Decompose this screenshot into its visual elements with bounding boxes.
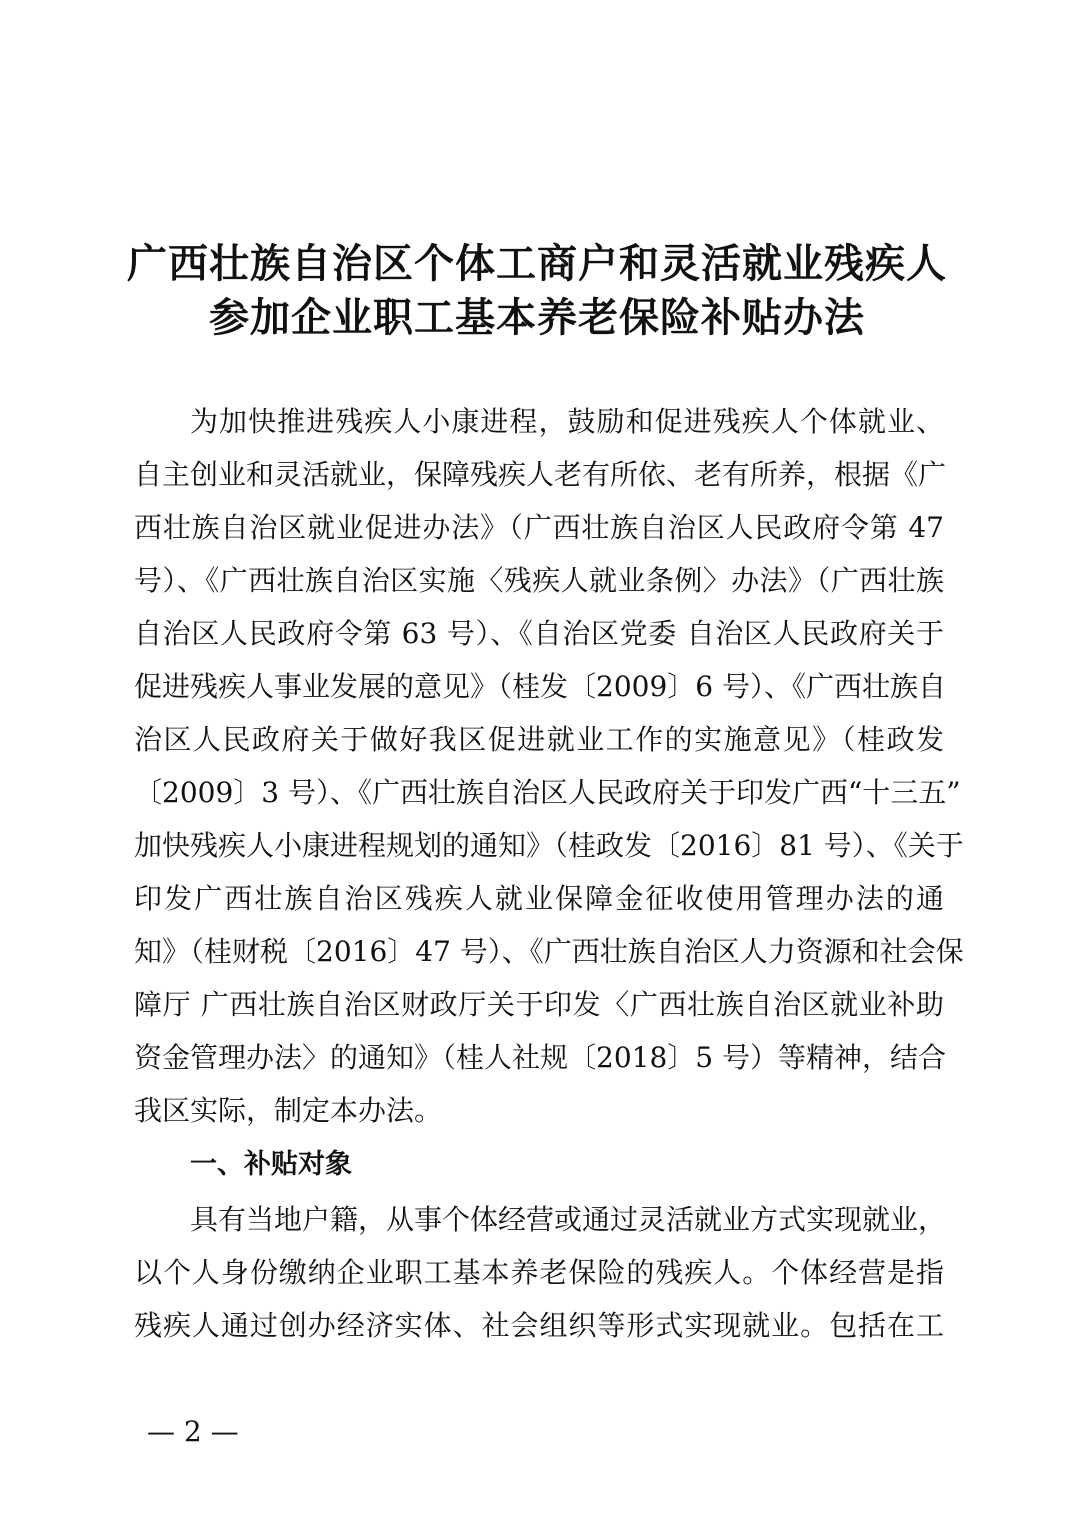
section-line: 具有当地户籍，从事个体经营或通过灵活就业方式实现就业， bbox=[190, 1200, 944, 1240]
preamble-line: 为加快推进残疾人小康进程，鼓励和促进残疾人个体就业、 bbox=[190, 402, 944, 442]
preamble-line: 障厅 广西壮族自治区财政厅关于印发〈广西壮族自治区就业补助 bbox=[134, 985, 944, 1025]
preamble-line: 知》（桂财税〔2016〕47 号）、《广西壮族自治区人力资源和社会保 bbox=[134, 932, 944, 972]
section-heading: 一、补贴对象 bbox=[190, 1145, 352, 1185]
preamble-line: 加快残疾人小康进程规划的通知》（桂政发〔2016〕81 号）、《关于 bbox=[134, 826, 944, 866]
preamble-line: 自主创业和灵活就业，保障残疾人老有所依、老有所养，根据《广 bbox=[134, 455, 944, 495]
document-title-line-1: 广西壮族自治区个体工商户和灵活就业残疾人 bbox=[0, 232, 1074, 289]
preamble-line: 治区人民政府关于做好我区促进就业工作的实施意见》（桂政发 bbox=[134, 720, 944, 760]
preamble-line: 我区实际，制定本办法。 bbox=[134, 1091, 944, 1131]
section-line: 以个人身份缴纳企业职工基本养老保险的残疾人。个体经营是指 bbox=[134, 1253, 944, 1293]
preamble-line: 促进残疾人事业发展的意见》（桂发〔2009〕6 号）、《广西壮族自 bbox=[134, 667, 944, 707]
preamble-line: 号）、《广西壮族自治区实施〈残疾人就业条例〉办法》（广西壮族 bbox=[134, 561, 944, 601]
preamble-line: 自治区人民政府令第 63 号）、《自治区党委 自治区人民政府关于 bbox=[134, 614, 944, 654]
document-title-line-2: 参加企业职工基本养老保险补贴办法 bbox=[0, 286, 1074, 343]
preamble-line: 西壮族自治区就业促进办法》（广西壮族自治区人民政府令第 47 bbox=[134, 508, 944, 548]
preamble-line: 〔2009〕3 号）、《广西壮族自治区人民政府关于印发广西“十三五” bbox=[134, 773, 944, 813]
page-number: — 2 — bbox=[147, 1412, 239, 1452]
preamble-line: 印发广西壮族自治区残疾人就业保障金征收使用管理办法的通 bbox=[134, 879, 944, 919]
preamble-line: 资金管理办法〉的通知》（桂人社规〔2018〕5 号）等精神，结合 bbox=[134, 1038, 944, 1078]
section-line: 残疾人通过创办经济实体、社会组织等形式实现就业。包括在工 bbox=[134, 1306, 944, 1346]
